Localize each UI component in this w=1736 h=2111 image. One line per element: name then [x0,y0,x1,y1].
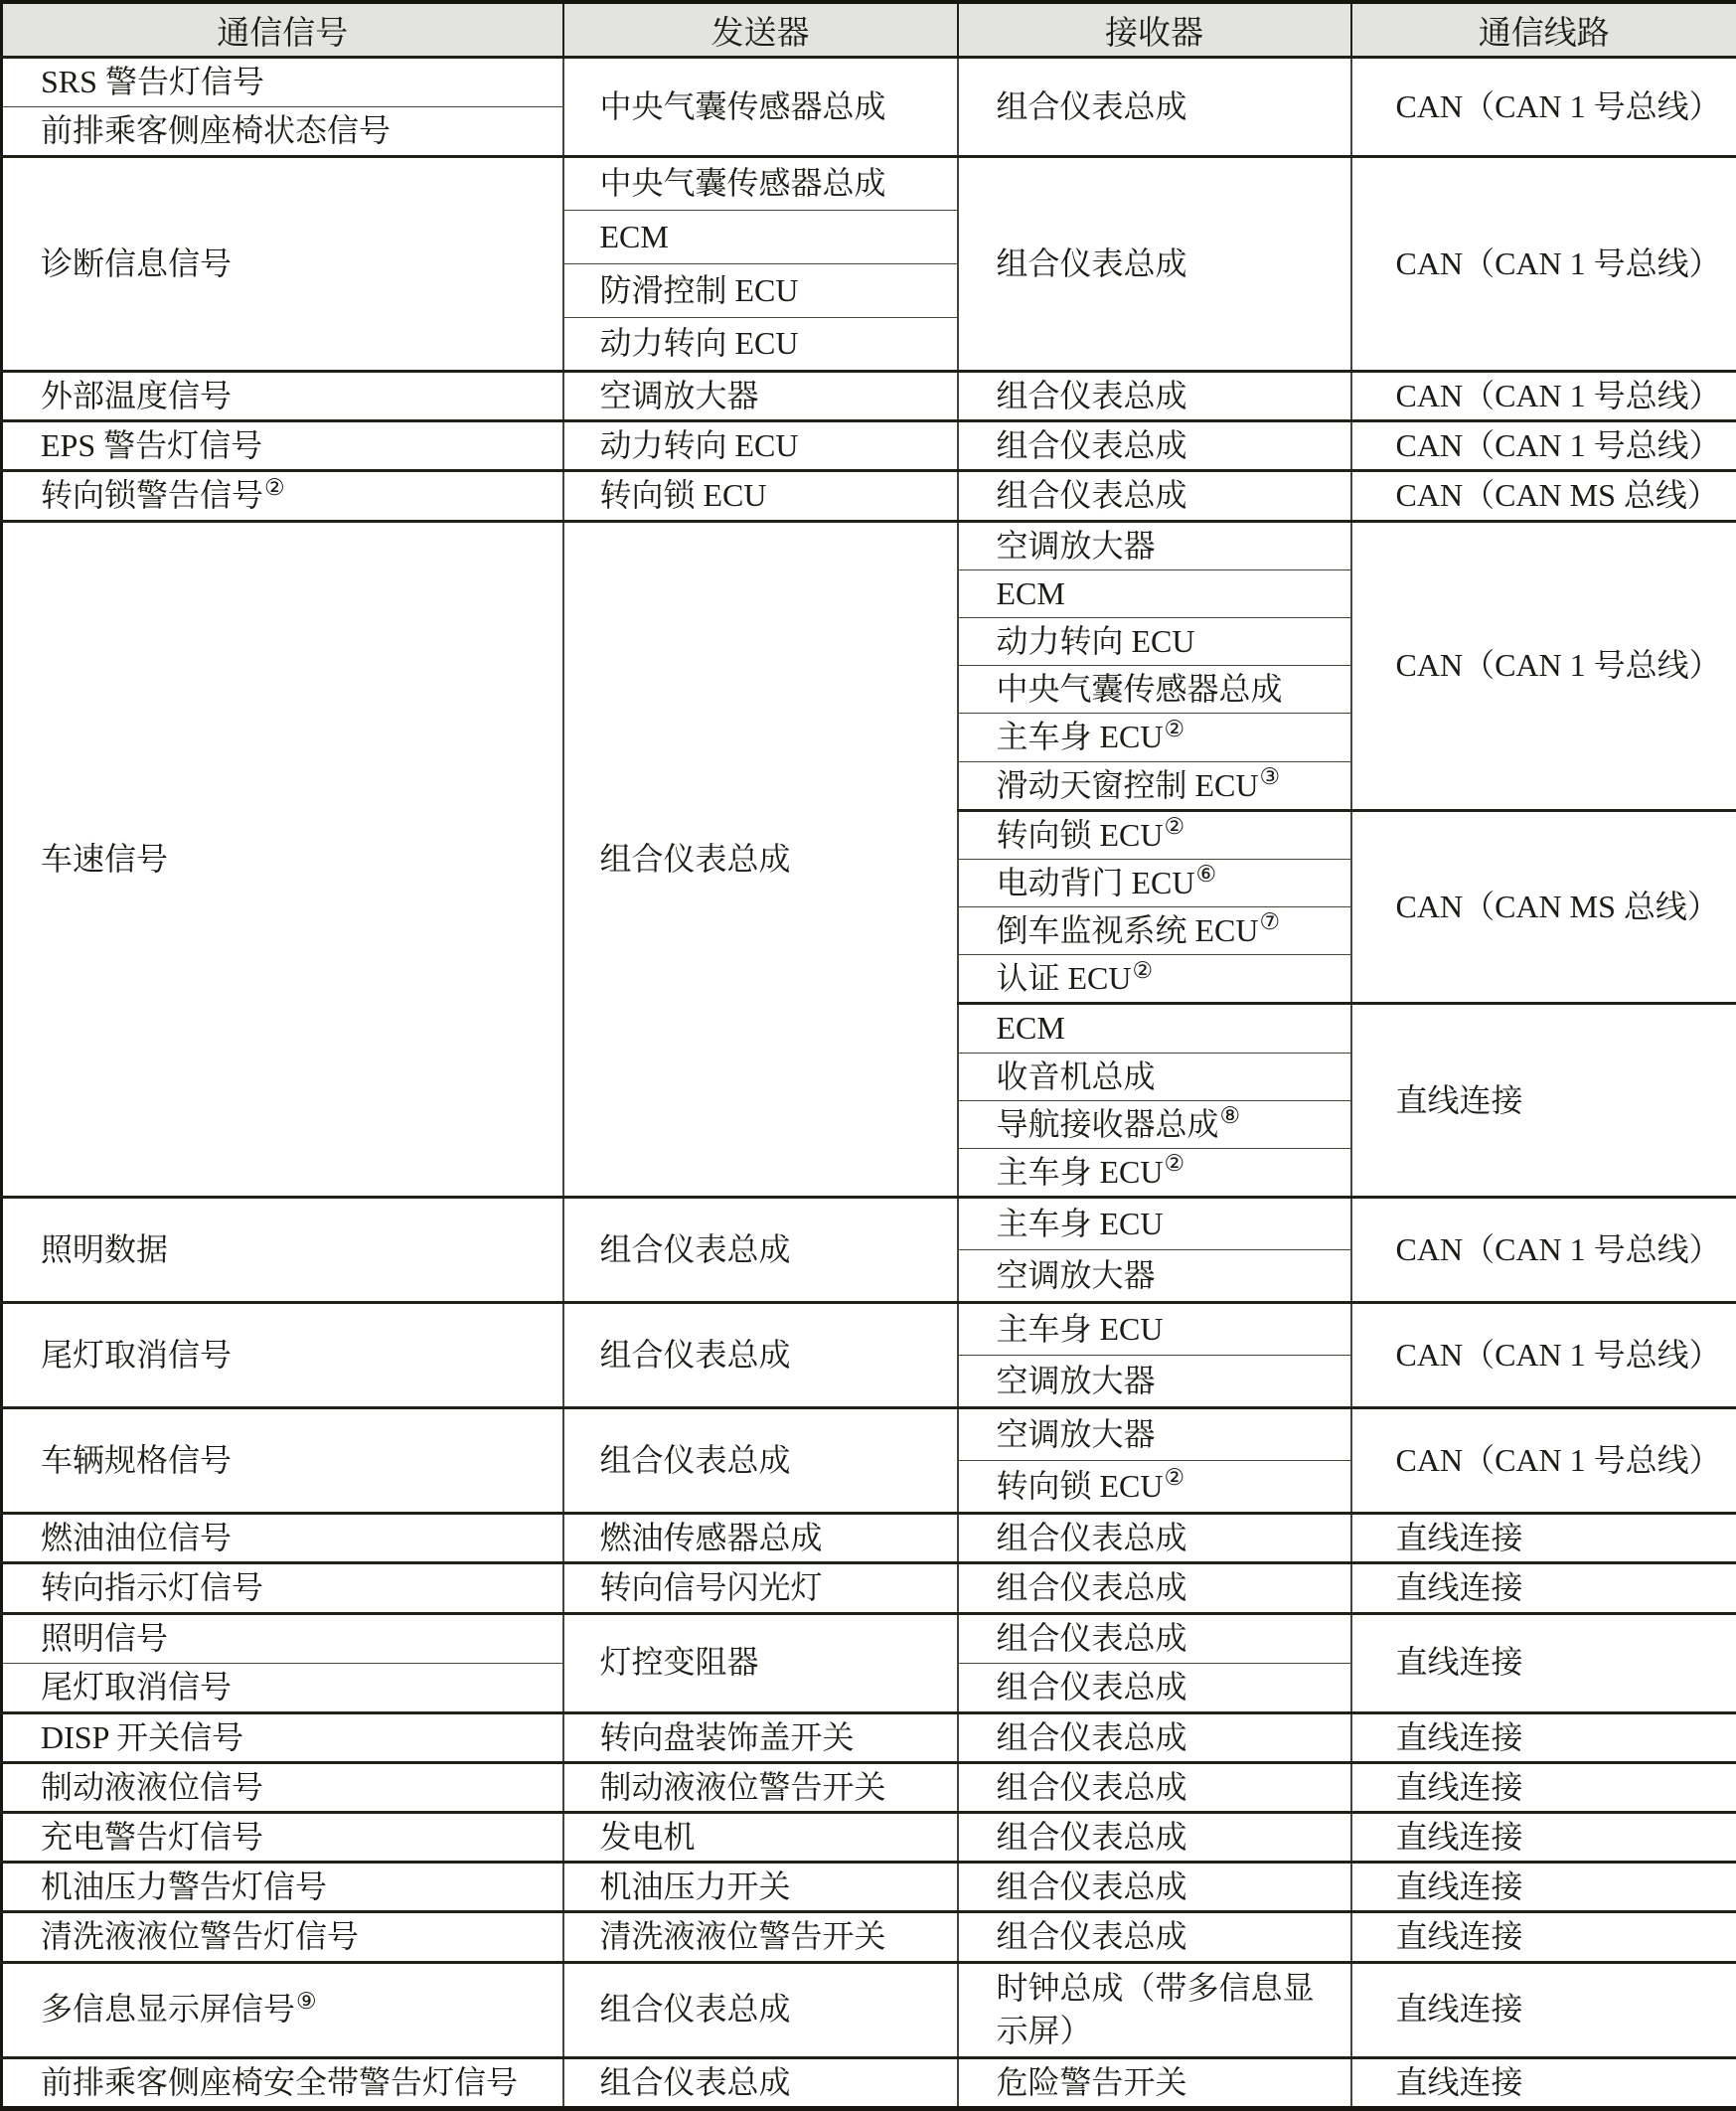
cell-comm-line: 直线连接 [1351,1712,1736,1762]
cell-comm-line: CAN（CAN 1 号总线） [1351,1303,1736,1408]
cell-receiver: 电动背门 ECU⑥ [958,859,1351,906]
cell-text: 主车身 ECU [997,1311,1164,1347]
cell-receiver: 倒车监视系统 ECU⑦ [958,907,1351,955]
cell-text: 中央气囊传感器总成 [997,671,1283,707]
cell-text: 照明信号 [41,1620,168,1656]
cell-text: 直线连接 [1396,1918,1523,1954]
cell-receiver: 中央气囊传感器总成 [958,666,1351,714]
column-header-signal: 通信信号 [2,2,563,58]
footnote-marker: ② [264,475,285,500]
footnote-marker: ② [1165,717,1185,741]
cell-signal: EPS 警告灯信号 [2,421,563,471]
cell-signal: 照明信号 [2,1613,563,1663]
cell-signal: 照明数据 [2,1198,563,1303]
cell-text: 收音机总成 [997,1058,1156,1094]
cell-text: 直线连接 [1396,1769,1523,1805]
cell-text: CAN（CAN MS 总线） [1396,477,1719,513]
cell-signal: 车速信号 [2,521,563,1198]
cell-receiver: 空调放大器 [958,1250,1351,1303]
cell-text: 尾灯取消信号 [41,1669,232,1705]
cell-text: 灯控变阻器 [600,1644,759,1680]
cell-text: 滑动天窗控制 ECU [997,767,1259,803]
cell-comm-line: CAN（CAN 1 号总线） [1351,157,1736,372]
table-row: 燃油油位信号燃油传感器总成组合仪表总成直线连接 [2,1514,1736,1563]
table-row: 车速信号组合仪表总成空调放大器CAN（CAN 1 号总线） [2,521,1736,569]
cell-receiver: ECM [958,1004,1351,1053]
cell-receiver: 组合仪表总成 [958,157,1351,372]
table-row: 诊断信息信号中央气囊传感器总成组合仪表总成CAN（CAN 1 号总线） [2,157,1736,211]
cell-text: 直线连接 [1396,1569,1523,1605]
cell-text: 危险警告开关 [997,2064,1187,2100]
cell-transmitter: 防滑控制 ECU [563,264,958,318]
cell-text: 防滑控制 ECU [600,272,799,308]
cell-text: 组合仪表总成 [997,1819,1187,1855]
cell-text: 动力转向 ECU [600,325,799,361]
cell-transmitter: 动力转向 ECU [563,318,958,372]
table-row: 照明数据组合仪表总成主车身 ECUCAN（CAN 1 号总线） [2,1198,1736,1250]
cell-transmitter: 组合仪表总成 [563,1303,958,1408]
cell-text: 充电警告灯信号 [41,1819,263,1855]
cell-text: 空调放大器 [997,1416,1156,1452]
cell-text: 车速信号 [41,841,168,877]
cell-text: 直线连接 [1396,1644,1523,1680]
footnote-marker: ② [1165,1465,1185,1490]
cell-text: EPS 警告灯信号 [41,427,262,463]
cell-comm-line: 直线连接 [1351,2057,1736,2108]
cell-text: 车辆规格信号 [41,1442,232,1478]
cell-transmitter: 动力转向 ECU [563,421,958,471]
table-row: EPS 警告灯信号动力转向 ECU组合仪表总成CAN（CAN 1 号总线） [2,421,1736,471]
cell-text: 组合仪表总成 [997,1918,1187,1954]
cell-text: ECM [997,1010,1065,1046]
cell-transmitter: 清洗液液位警告开关 [563,1912,958,1962]
cell-comm-line: CAN（CAN 1 号总线） [1351,421,1736,471]
cell-text: 照明数据 [41,1231,168,1267]
cell-text: ECM [997,575,1065,611]
cell-comm-line: CAN（CAN 1 号总线） [1351,1408,1736,1514]
footnote-marker: ② [1133,958,1154,983]
table-row: 多信息显示屏信号⑨组合仪表总成时钟总成（带多信息显示屏）直线连接 [2,1962,1736,2057]
cell-text: 直线连接 [1396,1719,1523,1755]
cell-text: 倒车监视系统 ECU [997,912,1259,948]
cell-receiver: 转向锁 ECU② [958,1461,1351,1514]
cell-text: 组合仪表总成 [600,1231,791,1267]
cell-receiver: 主车身 ECU [958,1303,1351,1356]
cell-comm-line: CAN（CAN 1 号总线） [1351,1198,1736,1303]
cell-text: 转向锁 ECU [600,477,767,513]
cell-signal: 充电警告灯信号 [2,1812,563,1862]
cell-text: 组合仪表总成 [600,1442,791,1478]
cell-receiver: 组合仪表总成 [958,58,1351,157]
cell-transmitter: 组合仪表总成 [563,521,958,1198]
cell-text: SRS 警告灯信号 [41,64,264,99]
cell-text: 空调放大器 [997,1257,1156,1293]
cell-signal: DISP 开关信号 [2,1712,563,1762]
cell-text: CAN（CAN MS 总线） [1396,889,1719,924]
cell-transmitter: 转向锁 ECU [563,471,958,521]
cell-text: 诊断信息信号 [41,245,232,281]
cell-receiver: 组合仪表总成 [958,1563,1351,1613]
cell-text: 燃油油位信号 [41,1520,232,1555]
cell-text: 动力转向 ECU [997,623,1195,659]
table-row: 前排乘客侧座椅安全带警告灯信号组合仪表总成危险警告开关直线连接 [2,2057,1736,2108]
cell-text: 组合仪表总成 [600,1337,791,1373]
cell-signal: 尾灯取消信号 [2,1663,563,1712]
column-header-receiver: 接收器 [958,2,1351,58]
footnote-marker: ③ [1260,764,1281,789]
cell-text: CAN（CAN 1 号总线） [1396,88,1721,124]
cell-text: 前排乘客侧座椅状态信号 [41,112,391,148]
cell-comm-line: 直线连接 [1351,1812,1736,1862]
cell-text: 空调放大器 [600,378,759,413]
cell-transmitter: 组合仪表总成 [563,2057,958,2108]
cell-text: 制动液液位信号 [41,1769,263,1805]
cell-transmitter: 中央气囊传感器总成 [563,58,958,157]
cell-signal: 燃油油位信号 [2,1514,563,1563]
cell-receiver: 导航接收器总成⑧ [958,1100,1351,1148]
cell-transmitter: 组合仪表总成 [563,1198,958,1303]
cell-text: 认证 ECU [997,960,1132,996]
header-row: 通信信号发送器接收器通信线路 [2,2,1736,58]
table-body: SRS 警告灯信号中央气囊传感器总成组合仪表总成CAN（CAN 1 号总线）前排… [2,58,1736,2109]
cell-text: 主车身 ECU [997,1206,1164,1241]
cell-receiver: 主车身 ECU [958,1198,1351,1250]
footnote-marker: ⑨ [296,1989,317,2014]
cell-receiver: 组合仪表总成 [958,471,1351,521]
cell-text: 尾灯取消信号 [41,1337,232,1373]
cell-transmitter: ECM [563,211,958,264]
cell-receiver: 转向锁 ECU② [958,810,1351,859]
cell-receiver: 动力转向 ECU [958,617,1351,665]
cell-text: 组合仪表总成 [997,378,1187,413]
cell-receiver: 组合仪表总成 [958,1912,1351,1962]
cell-receiver: 时钟总成（带多信息显示屏） [958,1962,1351,2057]
table-row: 制动液液位信号制动液液位警告开关组合仪表总成直线连接 [2,1762,1736,1812]
cell-receiver: 滑动天窗控制 ECU③ [958,761,1351,810]
cell-comm-line: 直线连接 [1351,1912,1736,1962]
cell-comm-line: 直线连接 [1351,1762,1736,1812]
cell-text: CAN（CAN 1 号总线） [1396,378,1721,413]
cell-signal: 前排乘客侧座椅状态信号 [2,107,563,157]
cell-text: 组合仪表总成 [997,1520,1187,1555]
table-row: 车辆规格信号组合仪表总成空调放大器CAN（CAN 1 号总线） [2,1408,1736,1461]
cell-signal: 清洗液液位警告灯信号 [2,1912,563,1962]
table-row: 清洗液液位警告灯信号清洗液液位警告开关组合仪表总成直线连接 [2,1912,1736,1962]
cell-text: 发电机 [600,1819,696,1855]
cell-text: 导航接收器总成 [997,1106,1219,1142]
cell-signal: 尾灯取消信号 [2,1303,563,1408]
cell-text: 转向信号闪光灯 [600,1569,823,1605]
cell-signal: 转向指示灯信号 [2,1563,563,1613]
cell-receiver: 组合仪表总成 [958,372,1351,421]
cell-text: CAN（CAN 1 号总线） [1396,1337,1721,1373]
cell-receiver: 空调放大器 [958,1408,1351,1461]
cell-text: 转向锁 ECU [997,1468,1164,1504]
cell-text: 机油压力开关 [600,1868,791,1904]
cell-signal: SRS 警告灯信号 [2,58,563,107]
cell-comm-line: 直线连接 [1351,1863,1736,1912]
table-row: 转向锁警告信号②转向锁 ECU组合仪表总成CAN（CAN MS 总线） [2,471,1736,521]
cell-signal: 机油压力警告灯信号 [2,1863,563,1912]
cell-text: 中央气囊传感器总成 [600,88,886,124]
cell-transmitter: 转向盘装饰盖开关 [563,1712,958,1762]
cell-text: 前排乘客侧座椅安全带警告灯信号 [41,2064,518,2100]
cell-comm-line: CAN（CAN 1 号总线） [1351,58,1736,157]
cell-comm-line: 直线连接 [1351,1514,1736,1563]
cell-receiver: 空调放大器 [958,521,1351,569]
cell-text: 组合仪表总成 [600,841,791,877]
cell-signal: 诊断信息信号 [2,157,563,372]
cell-signal: 外部温度信号 [2,372,563,421]
cell-transmitter: 灯控变阻器 [563,1613,958,1712]
cell-text: 燃油传感器总成 [600,1520,823,1555]
cell-transmitter: 发电机 [563,1812,958,1862]
cell-transmitter: 转向信号闪光灯 [563,1563,958,1613]
cell-receiver: 认证 ECU② [958,955,1351,1004]
cell-receiver: 收音机总成 [958,1053,1351,1100]
cell-transmitter: 组合仪表总成 [563,1962,958,2057]
cell-text: 中央气囊传感器总成 [600,165,886,201]
table-row: 外部温度信号空调放大器组合仪表总成CAN（CAN 1 号总线） [2,372,1736,421]
cell-receiver: 组合仪表总成 [958,1613,1351,1663]
cell-text: 组合仪表总成 [997,1769,1187,1805]
cell-comm-line: CAN（CAN 1 号总线） [1351,521,1736,810]
cell-transmitter: 中央气囊传感器总成 [563,157,958,211]
cell-text: 组合仪表总成 [997,477,1187,513]
cell-text: DISP 开关信号 [41,1719,243,1755]
table-row: 充电警告灯信号发电机组合仪表总成直线连接 [2,1812,1736,1862]
cell-text: 组合仪表总成 [997,1669,1187,1705]
cell-comm-line: CAN（CAN MS 总线） [1351,471,1736,521]
column-header-comm-line: 通信线路 [1351,2,1736,58]
cell-signal: 制动液液位信号 [2,1762,563,1812]
cell-comm-line: 直线连接 [1351,1004,1736,1198]
cell-text: CAN（CAN 1 号总线） [1396,1231,1721,1267]
signal-table: 通信信号发送器接收器通信线路 SRS 警告灯信号中央气囊传感器总成组合仪表总成C… [0,0,1736,2111]
cell-receiver: ECM [958,569,1351,617]
cell-text: 组合仪表总成 [997,245,1187,281]
cell-text: 组合仪表总成 [997,1620,1187,1656]
footnote-marker: ⑥ [1196,862,1217,887]
cell-text: 转向锁 ECU [997,817,1164,853]
cell-text: 直线连接 [1396,2064,1523,2100]
cell-text: 清洗液液位警告灯信号 [41,1918,359,1954]
cell-receiver: 组合仪表总成 [958,1812,1351,1862]
table-header: 通信信号发送器接收器通信线路 [2,2,1736,58]
cell-text: 主车身 ECU [997,719,1164,754]
cell-text: 制动液液位警告开关 [600,1769,886,1805]
cell-text: CAN（CAN 1 号总线） [1396,427,1721,463]
cell-text: 直线连接 [1396,1819,1523,1855]
cell-text: ECM [600,219,669,254]
cell-receiver: 组合仪表总成 [958,1863,1351,1912]
table-row: SRS 警告灯信号中央气囊传感器总成组合仪表总成CAN（CAN 1 号总线） [2,58,1736,107]
cell-text: 组合仪表总成 [600,2064,791,2100]
cell-receiver: 组合仪表总成 [958,1762,1351,1812]
cell-text: 空调放大器 [997,1363,1156,1398]
cell-receiver: 危险警告开关 [958,2057,1351,2108]
cell-signal: 前排乘客侧座椅安全带警告灯信号 [2,2057,563,2108]
cell-comm-line: CAN（CAN 1 号总线） [1351,372,1736,421]
cell-text: 时钟总成（带多信息显示屏） [997,1970,1315,2048]
footnote-marker: ⑧ [1220,1103,1241,1128]
cell-text: 直线连接 [1396,1991,1523,2027]
table-row: 尾灯取消信号组合仪表总成主车身 ECUCAN（CAN 1 号总线） [2,1303,1736,1356]
cell-text: 转向指示灯信号 [41,1569,263,1605]
cell-text: 清洗液液位警告开关 [600,1918,886,1954]
cell-text: CAN（CAN 1 号总线） [1396,245,1721,281]
cell-text: 直线连接 [1396,1520,1523,1555]
cell-text: 空调放大器 [997,528,1156,564]
cell-signal: 转向锁警告信号② [2,471,563,521]
cell-text: 转向锁警告信号 [41,477,263,513]
cell-text: 电动背门 ECU [997,865,1195,900]
table-row: 机油压力警告灯信号机油压力开关组合仪表总成直线连接 [2,1863,1736,1912]
cell-receiver: 空调放大器 [958,1356,1351,1408]
table-row: 照明信号灯控变阻器组合仪表总成直线连接 [2,1613,1736,1663]
cell-receiver: 组合仪表总成 [958,1663,1351,1712]
cell-signal: 多信息显示屏信号⑨ [2,1962,563,2057]
cell-text: 组合仪表总成 [997,1868,1187,1904]
cell-signal: 车辆规格信号 [2,1408,563,1514]
cell-text: 外部温度信号 [41,378,232,413]
cell-text: 主车身 ECU [997,1154,1164,1190]
footnote-marker: ② [1165,1151,1185,1176]
cell-transmitter: 空调放大器 [563,372,958,421]
cell-text: 动力转向 ECU [600,427,799,463]
cell-transmitter: 组合仪表总成 [563,1408,958,1514]
footnote-marker: ⑦ [1260,909,1281,934]
cell-text: 组合仪表总成 [997,88,1187,124]
cell-receiver: 主车身 ECU② [958,714,1351,761]
cell-receiver: 组合仪表总成 [958,1712,1351,1762]
cell-comm-line: 直线连接 [1351,1563,1736,1613]
cell-comm-line: 直线连接 [1351,1962,1736,2057]
table-row: DISP 开关信号转向盘装饰盖开关组合仪表总成直线连接 [2,1712,1736,1762]
cell-text: 多信息显示屏信号 [41,1991,295,2027]
cell-text: CAN（CAN 1 号总线） [1396,647,1721,683]
cell-transmitter: 机油压力开关 [563,1863,958,1912]
cell-text: 转向盘装饰盖开关 [600,1719,855,1755]
cell-transmitter: 燃油传感器总成 [563,1514,958,1563]
cell-text: CAN（CAN 1 号总线） [1396,1442,1721,1478]
cell-receiver: 组合仪表总成 [958,421,1351,471]
cell-text: 机油压力警告灯信号 [41,1868,327,1904]
cell-comm-line: 直线连接 [1351,1613,1736,1712]
cell-receiver: 主车身 ECU② [958,1149,1351,1198]
column-header-transmitter: 发送器 [563,2,958,58]
cell-text: 组合仪表总成 [997,1719,1187,1755]
cell-text: 组合仪表总成 [997,427,1187,463]
footnote-marker: ② [1165,814,1185,839]
cell-text: 组合仪表总成 [600,1991,791,2027]
cell-text: 直线连接 [1396,1868,1523,1904]
cell-receiver: 组合仪表总成 [958,1514,1351,1563]
table-row: 转向指示灯信号转向信号闪光灯组合仪表总成直线连接 [2,1563,1736,1613]
cell-text: 组合仪表总成 [997,1569,1187,1605]
cell-comm-line: CAN（CAN MS 总线） [1351,810,1736,1004]
cell-transmitter: 制动液液位警告开关 [563,1762,958,1812]
cell-text: 直线连接 [1396,1082,1523,1118]
